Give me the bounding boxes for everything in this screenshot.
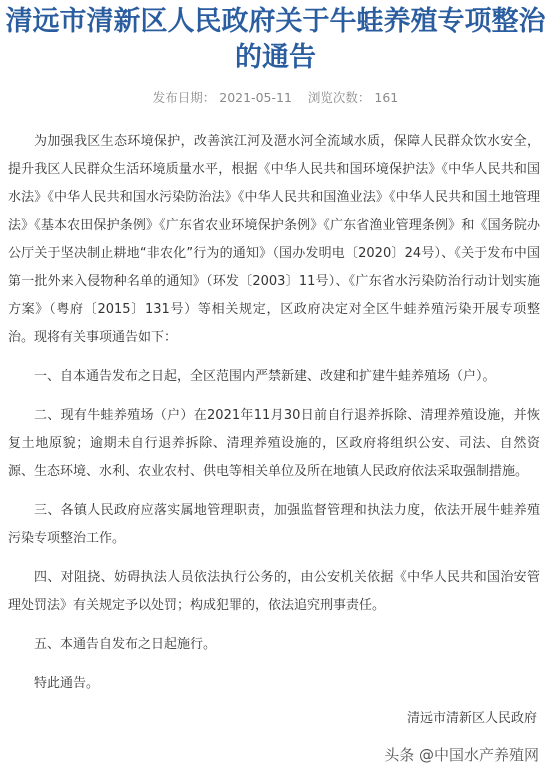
source-watermark: 头条 @中国水产养殖网	[384, 744, 539, 765]
paragraph-item-1: 一、自本通告发布之日起，全区范围内严禁新建、改建和扩建牛蛙养殖场（户）。	[8, 363, 540, 391]
paragraph-item-3: 三、各镇人民政府应落实属地管理职责，加强监督管理和执法力度，依法开展牛蛙养殖污染…	[8, 497, 540, 553]
article-meta: 发布日期：2021-05-11 浏览次数：161	[0, 89, 551, 107]
publish-date-label: 发布日期：	[153, 90, 216, 105]
paragraph-closing: 特此通告。	[8, 670, 540, 698]
issuer-signature: 清远市清新区人民政府	[407, 707, 537, 726]
paragraph-item-2: 二、现有牛蛙养殖场（户）在2021年11月30日前自行退养拆除、清理养殖设施，并…	[8, 402, 540, 486]
paragraph-item-4: 四、对阻挠、妨碍执法人员依法执行公务的，由公安机关依据《中华人民共和国治安管理处…	[8, 564, 540, 620]
paragraph-item-5: 五、本通告自发布之日起施行。	[8, 631, 540, 659]
article-body: 为加强我区生态环境保护，改善滨江河及潖水河全流域水质，保障人民群众饮水安全，提升…	[8, 128, 540, 709]
article-title: 清远市清新区人民政府关于牛蛙养殖专项整治的通告	[0, 4, 551, 76]
publish-date: 2021-05-11	[219, 90, 292, 105]
views-label: 浏览次数：	[308, 90, 371, 105]
views-count: 161	[374, 90, 398, 105]
paragraph-intro: 为加强我区生态环境保护，改善滨江河及潖水河全流域水质，保障人民群众饮水安全，提升…	[8, 128, 540, 352]
